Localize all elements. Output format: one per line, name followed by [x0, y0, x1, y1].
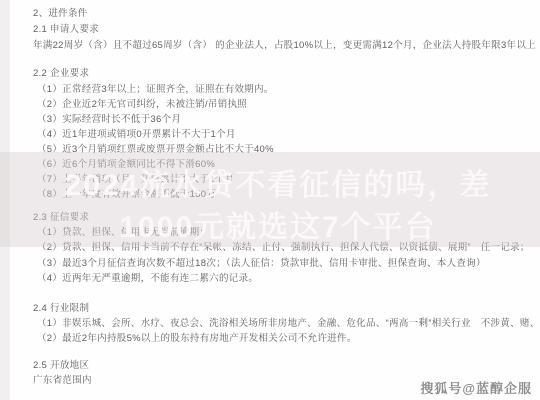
section-2-4-heading: 2.4 行业限制 [33, 303, 89, 315]
section-2-1-body: 年满22周岁（含）且不超过65周岁（含） 的企业法人，占股10%以上，变更需满1… [33, 40, 536, 52]
list-item: （3）最近3个月征信查询次数不超过18次；（法人征信：贷款审批、信用卡审批、担保… [37, 258, 486, 270]
section-2-1-heading: 2.1 申请人要求 [33, 24, 99, 36]
list-item: （1）正常经营3年以上；证照齐全，证照在有效期内。 [37, 84, 274, 96]
list-item: （2）企业近2年无官司纠纷，未被注销/吊销执照 [37, 99, 247, 111]
list-item: （4）近1年进项或销项0开票累计不大于1个月 [37, 129, 236, 141]
watermark-title-line2: 1000元就选这7个平台 [8, 202, 540, 246]
section-2-5-heading: 2.5 开放地区 [33, 360, 89, 372]
sohu-account-watermark: 搜狐号@蓝醇企服 [420, 378, 532, 397]
section-2-5-body: 广东省范围内 [33, 375, 92, 387]
list-item: （2）最近2年内持股5%以上的股东持有房地产开发相关公司不允许进件。 [37, 333, 357, 345]
section-2-2-heading: 2.2 企业要求 [33, 68, 89, 80]
list-item: （3）实际经营时长不低于36个月 [37, 114, 181, 126]
section-title: 2、进件条件 [33, 8, 88, 20]
document-page: 2、进件条件 2.1 申请人要求 年满22周岁（含）且不超过65周岁（含） 的企… [0, 0, 540, 400]
list-item: （4）近两年无严重逾期，不能有连二累六的记录。 [37, 273, 258, 285]
watermark-title-line1: 2024流水贷不看征信的吗，差 [8, 160, 540, 204]
list-item: （1）非娱乐城、会所、水疗、夜总会、洗浴相关场所非房地产、金融、危化品、“两高一… [37, 318, 540, 330]
